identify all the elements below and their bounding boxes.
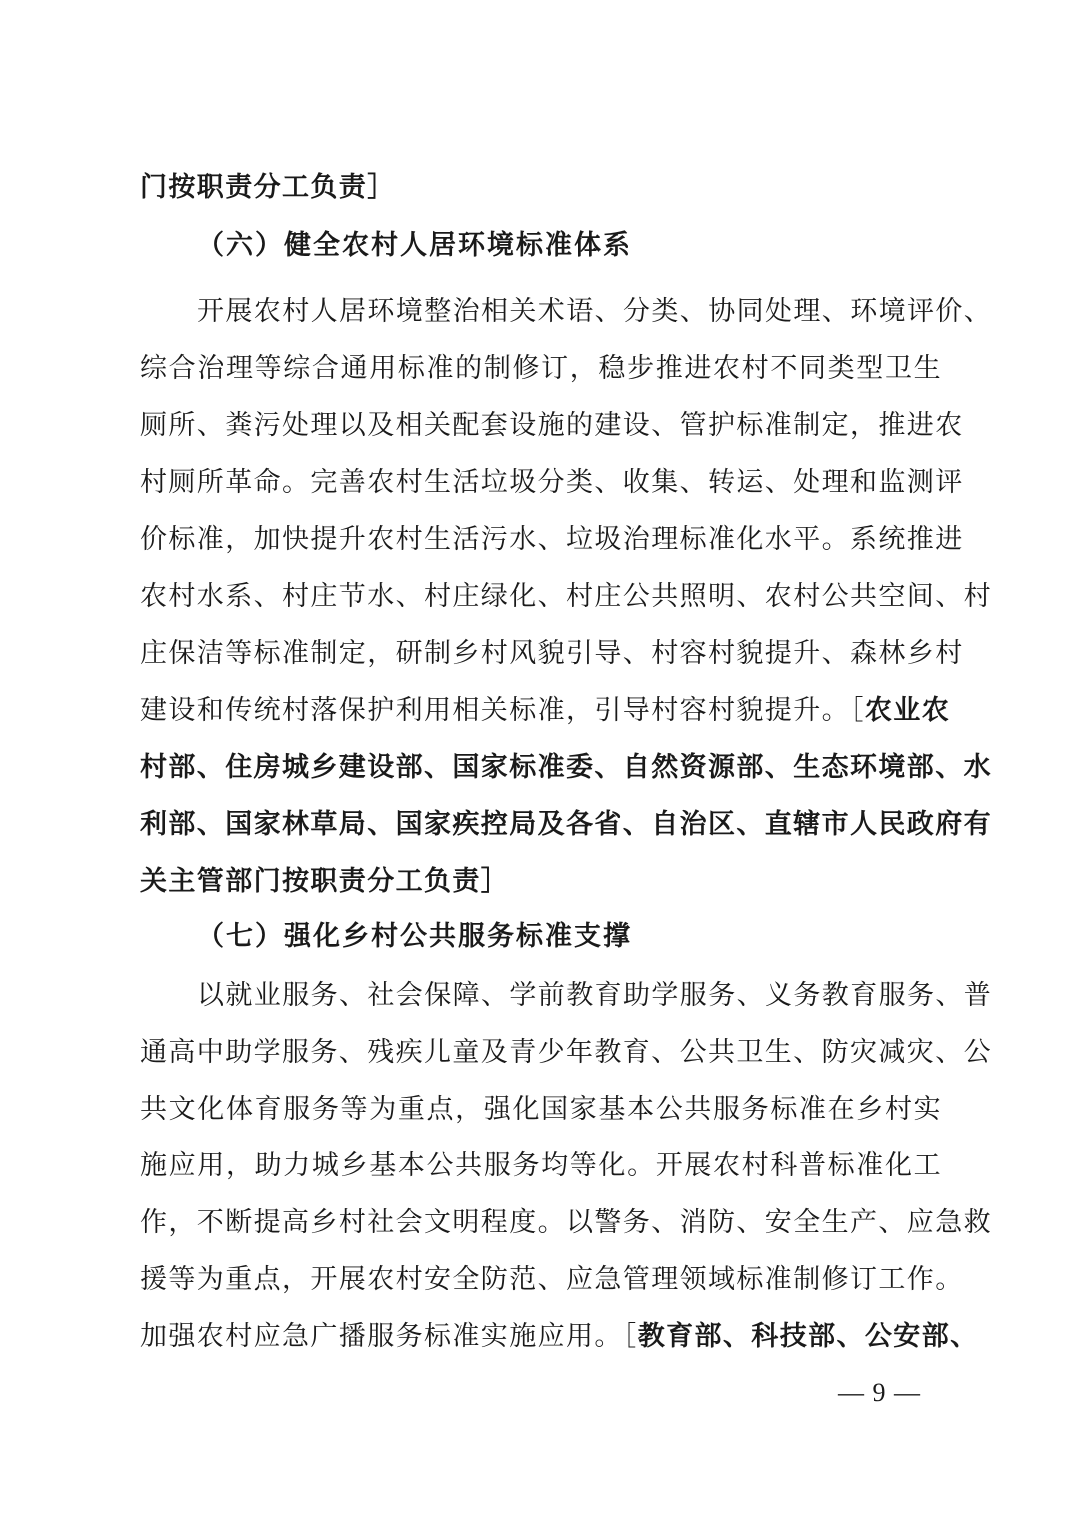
paragraph-line: 村厕所革命。完善农村生活垃圾分类、收集、转运、处理和监测评 (140, 463, 942, 503)
paragraph-line: 作，不断提高乡村社会文明程度。以警务、消防、安全生产、应急救 (140, 1203, 942, 1243)
paragraph-line: 开展农村人居环境整治相关术语、分类、协同处理、环境评价、 (140, 292, 942, 332)
text-span: 价标准，加快提升农村生活污水、垃圾治理标准化水平。系统推进 (140, 524, 964, 555)
paragraph-line: 建设和传统村落保护利用相关标准，引导村容村貌提升。［农业农 (140, 691, 942, 731)
text-span: 施应用，助力城乡基本公共服务均等化。开展农村科普标准化工 (140, 1150, 942, 1181)
paragraph-line: 厕所、粪污处理以及相关配套设施的建设、管护标准制定，推进农 (140, 406, 942, 446)
responsible-departments: 教育部、科技部、公安部、 (638, 1321, 979, 1352)
heading-text: （七）强化乡村公共服务标准支撑 (197, 921, 632, 952)
text-span: 村厕所革命。完善农村生活垃圾分类、收集、转运、处理和监测评 (140, 467, 964, 498)
text-span: 加强农村应急广播服务标准实施应用。［ (140, 1321, 638, 1352)
text-span: 建设和传统村落保护利用相关标准，引导村容村貌提升。［ (140, 695, 865, 726)
text-span: 援等为重点，开展农村安全防范、应急管理领域标准制修订工作。 (140, 1264, 964, 1295)
text-span: 门按职责分工负责］ (140, 172, 396, 203)
paragraph-line: 庄保洁等标准制定，研制乡村风貌引导、村容村貌提升、森林乡村 (140, 634, 942, 674)
text-span: 村部、住房城乡建设部、国家标准委、自然资源部、生态环境部、水 (140, 752, 992, 783)
paragraph-line: 综合治理等综合通用标准的制修订，稳步推进农村不同类型卫生 (140, 349, 942, 389)
paragraph-line: 农村水系、村庄节水、村庄绿化、村庄公共照明、农村公共空间、村 (140, 577, 942, 617)
responsible-departments-line: 利部、国家林草局、国家疾控局及各省、自治区、直辖市人民政府有 (140, 805, 942, 845)
text-span: 关主管部门按职责分工负责］ (140, 866, 509, 897)
text-span: 开展农村人居环境整治相关术语、分类、协同处理、环境评价、 (197, 296, 992, 327)
text-span: 通高中助学服务、残疾儿童及青少年教育、公共卫生、防灾减灾、公 (140, 1037, 992, 1068)
text-span: 共文化体育服务等为重点，强化国家基本公共服务标准在乡村实 (140, 1094, 942, 1125)
section-heading-7: （七）强化乡村公共服务标准支撑 (140, 917, 942, 957)
paragraph-line: 以就业服务、社会保障、学前教育助学服务、义务教育服务、普 (140, 976, 942, 1016)
heading-text: （六）健全农村人居环境标准体系 (197, 230, 632, 261)
text-span: 作，不断提高乡村社会文明程度。以警务、消防、安全生产、应急救 (140, 1207, 992, 1238)
text-span: 利部、国家林草局、国家疾控局及各省、自治区、直辖市人民政府有 (140, 809, 992, 840)
responsible-departments-line: 关主管部门按职责分工负责］ (140, 862, 942, 902)
text-span: 厕所、粪污处理以及相关配套设施的建设、管护标准制定，推进农 (140, 410, 964, 441)
paragraph-line: 通高中助学服务、残疾儿童及青少年教育、公共卫生、防灾减灾、公 (140, 1033, 942, 1073)
paragraph-line: 援等为重点，开展农村安全防范、应急管理领域标准制修订工作。 (140, 1260, 942, 1300)
paragraph-line: 施应用，助力城乡基本公共服务均等化。开展农村科普标准化工 (140, 1146, 942, 1186)
page-number: — 9 — (838, 1375, 921, 1411)
responsibility-line: 门按职责分工负责］ (140, 168, 942, 208)
responsible-departments: 农业农 (865, 695, 950, 726)
text-span: 农村水系、村庄节水、村庄绿化、村庄公共照明、农村公共空间、村 (140, 581, 992, 612)
text-span: 以就业服务、社会保障、学前教育助学服务、义务教育服务、普 (197, 980, 992, 1011)
responsible-departments-line: 村部、住房城乡建设部、国家标准委、自然资源部、生态环境部、水 (140, 748, 942, 788)
paragraph-line: 价标准，加快提升农村生活污水、垃圾治理标准化水平。系统推进 (140, 520, 942, 560)
section-heading-6: （六）健全农村人居环境标准体系 (140, 226, 942, 266)
paragraph-line: 共文化体育服务等为重点，强化国家基本公共服务标准在乡村实 (140, 1090, 942, 1130)
paragraph-line: 加强农村应急广播服务标准实施应用。［教育部、科技部、公安部、 (140, 1317, 942, 1357)
text-span: 庄保洁等标准制定，研制乡村风貌引导、村容村貌提升、森林乡村 (140, 638, 964, 669)
text-span: 综合治理等综合通用标准的制修订，稳步推进农村不同类型卫生 (140, 353, 942, 384)
